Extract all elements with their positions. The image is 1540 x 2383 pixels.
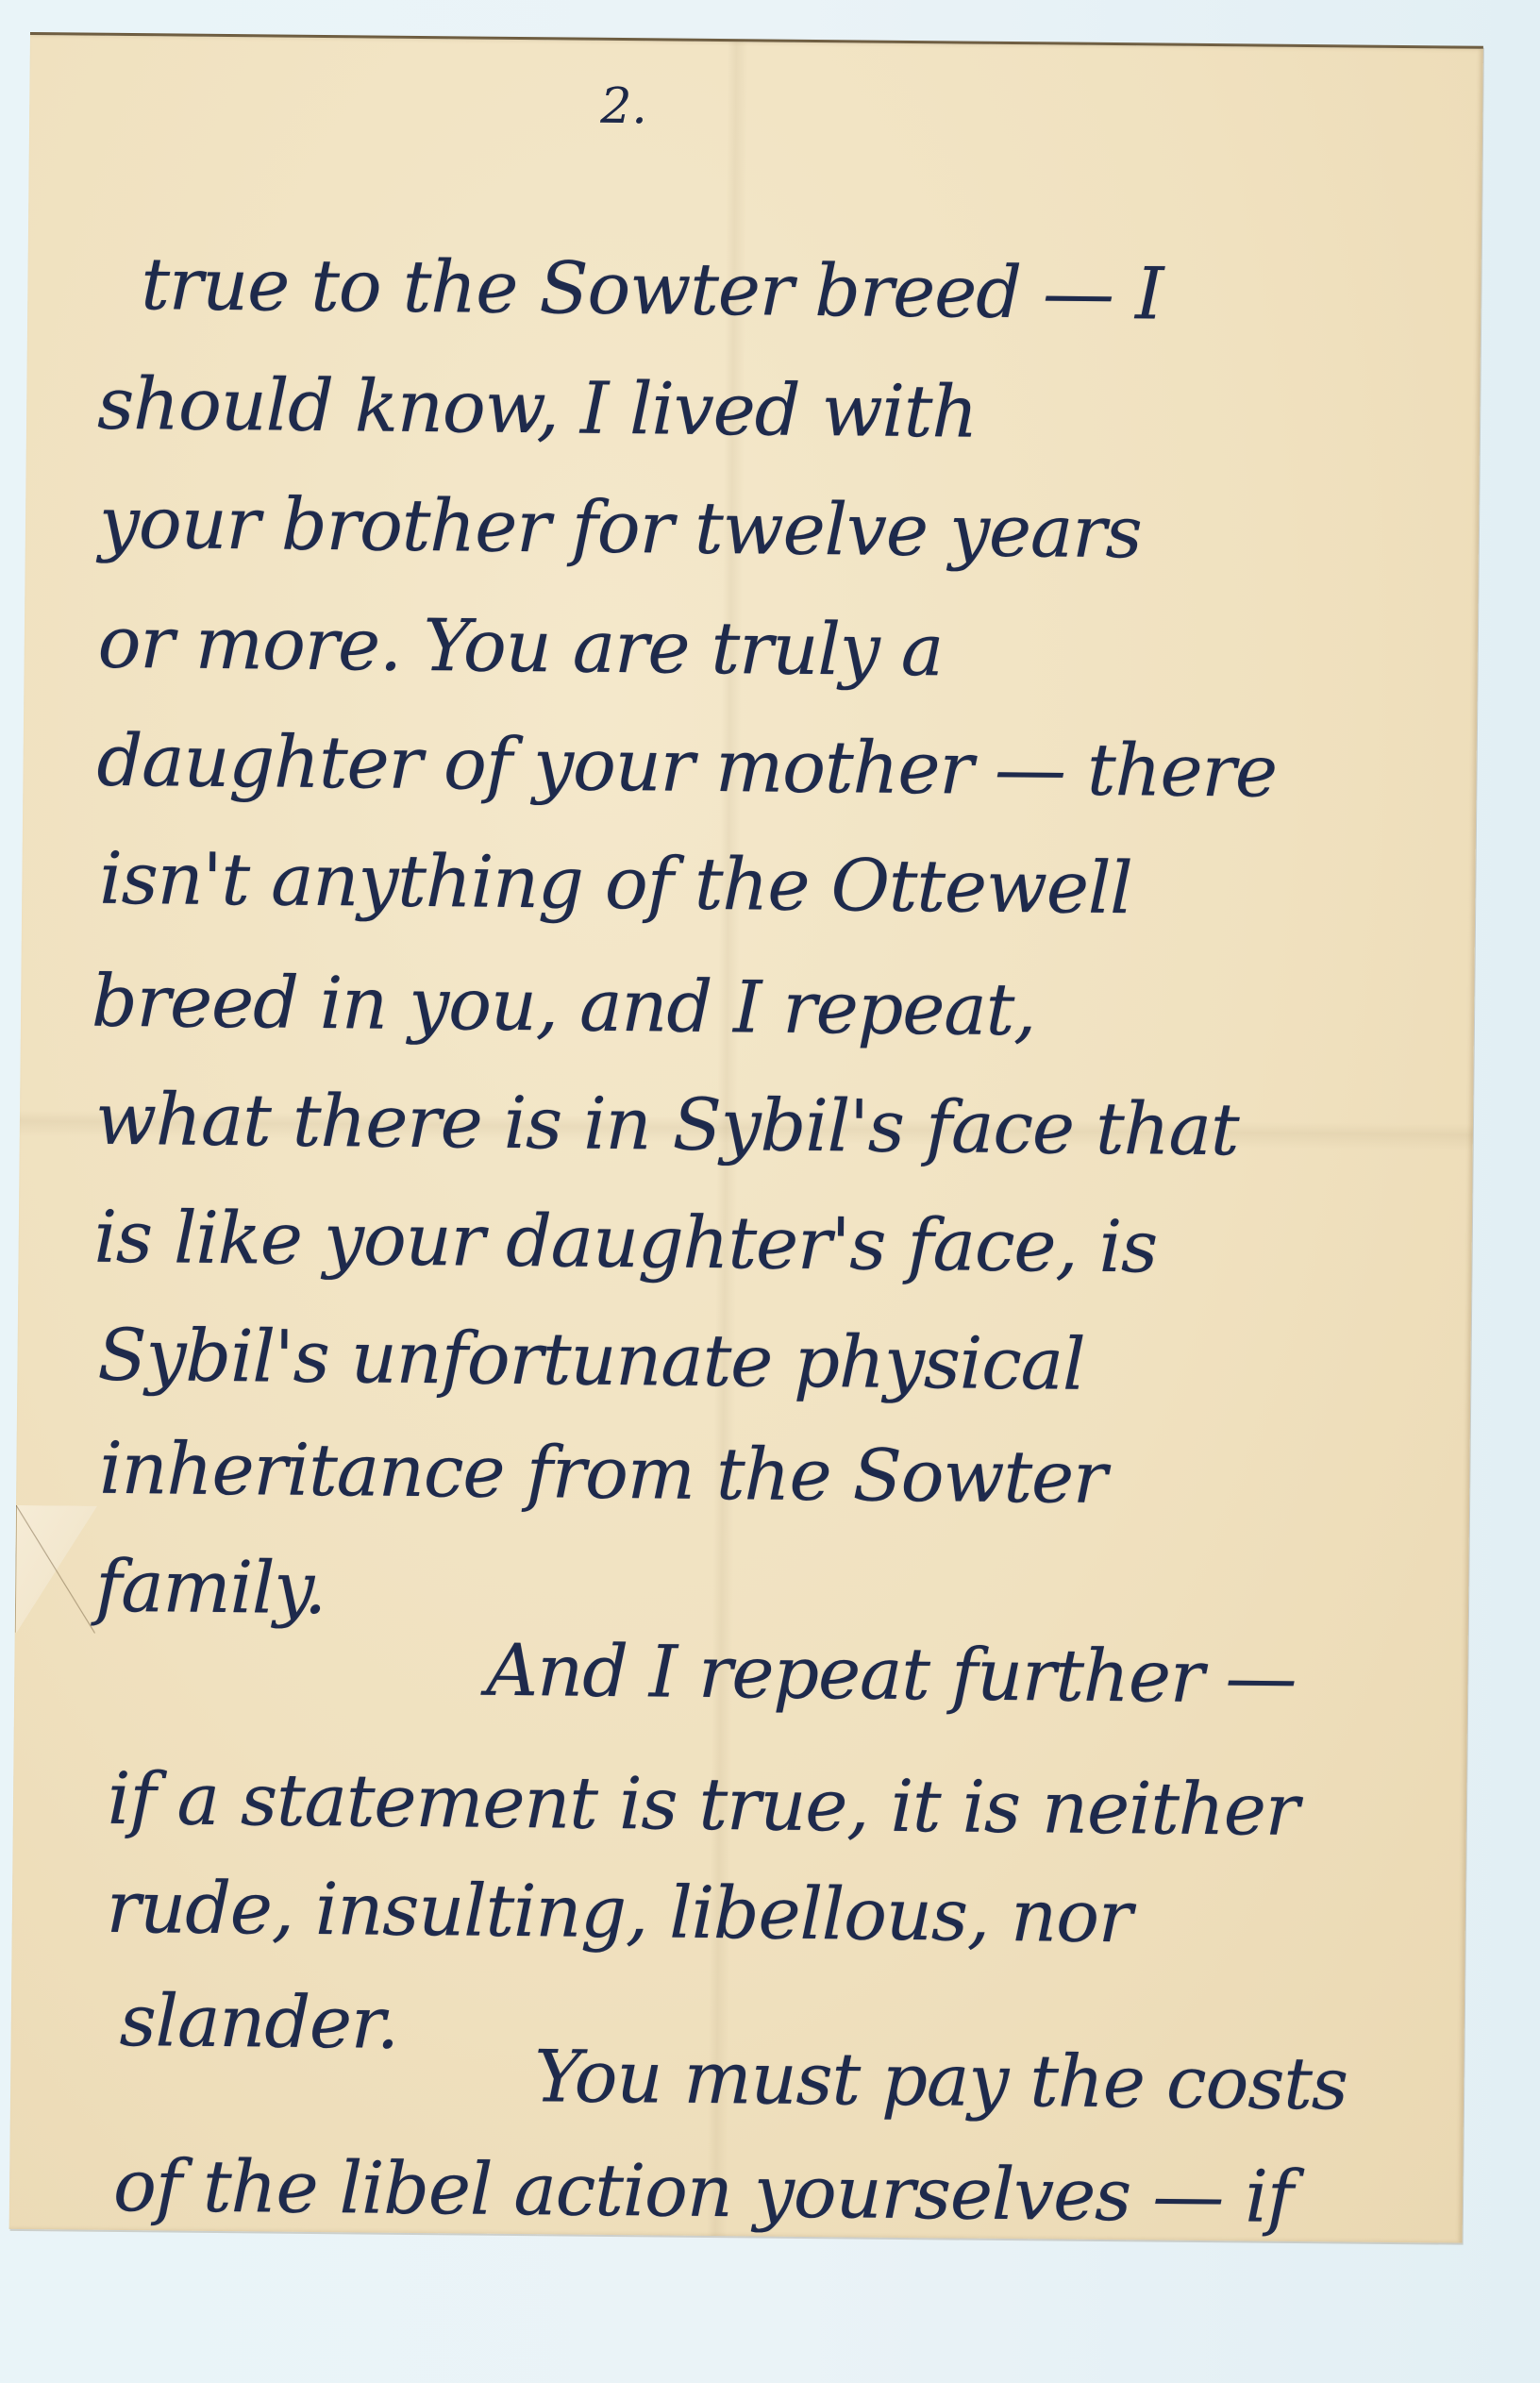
letter-line-2: should know, I lived with [97,368,978,448]
fold-crease [15,1505,96,1634]
letter-line-17: You must pay the costs [534,2040,1347,2120]
letter-line-5: daughter of your mother — there [96,725,1277,808]
letter-page: 2. true to the Sowter breed — I should k… [9,32,1483,2243]
letter-line-18: of the libel action yourselves — if [113,2150,1294,2233]
letter-line-6: isn't anything of the Ottewell [99,843,1132,925]
letter-line-8: what there is in Sybil's face that [95,1083,1239,1166]
letter-line-13: And I repeat further — [486,1635,1297,1714]
letter-line-12: family. [95,1551,326,1624]
letter-line-7: breed in you, and I repeat, [92,965,1036,1047]
letter-line-14: if a statement is true, it is neither [108,1763,1299,1846]
letter-line-11: inheritance from the Sowter [99,1433,1107,1514]
letter-line-10: Sybil's unfortunate physical [97,1319,1085,1401]
letter-line-9: is like your daughter's face, is [93,1201,1157,1284]
letter-line-3: your brother for twelve years [99,487,1142,569]
letter-line-15: rude, insulting, libellous, nor [107,1871,1132,1953]
letter-line-16: slander. [119,1985,398,2059]
letter-line-1: true to the Sowter breed — I [141,248,1163,329]
page-number: 2. [600,78,647,135]
letter-line-4: or more. You are truly a [97,607,943,687]
